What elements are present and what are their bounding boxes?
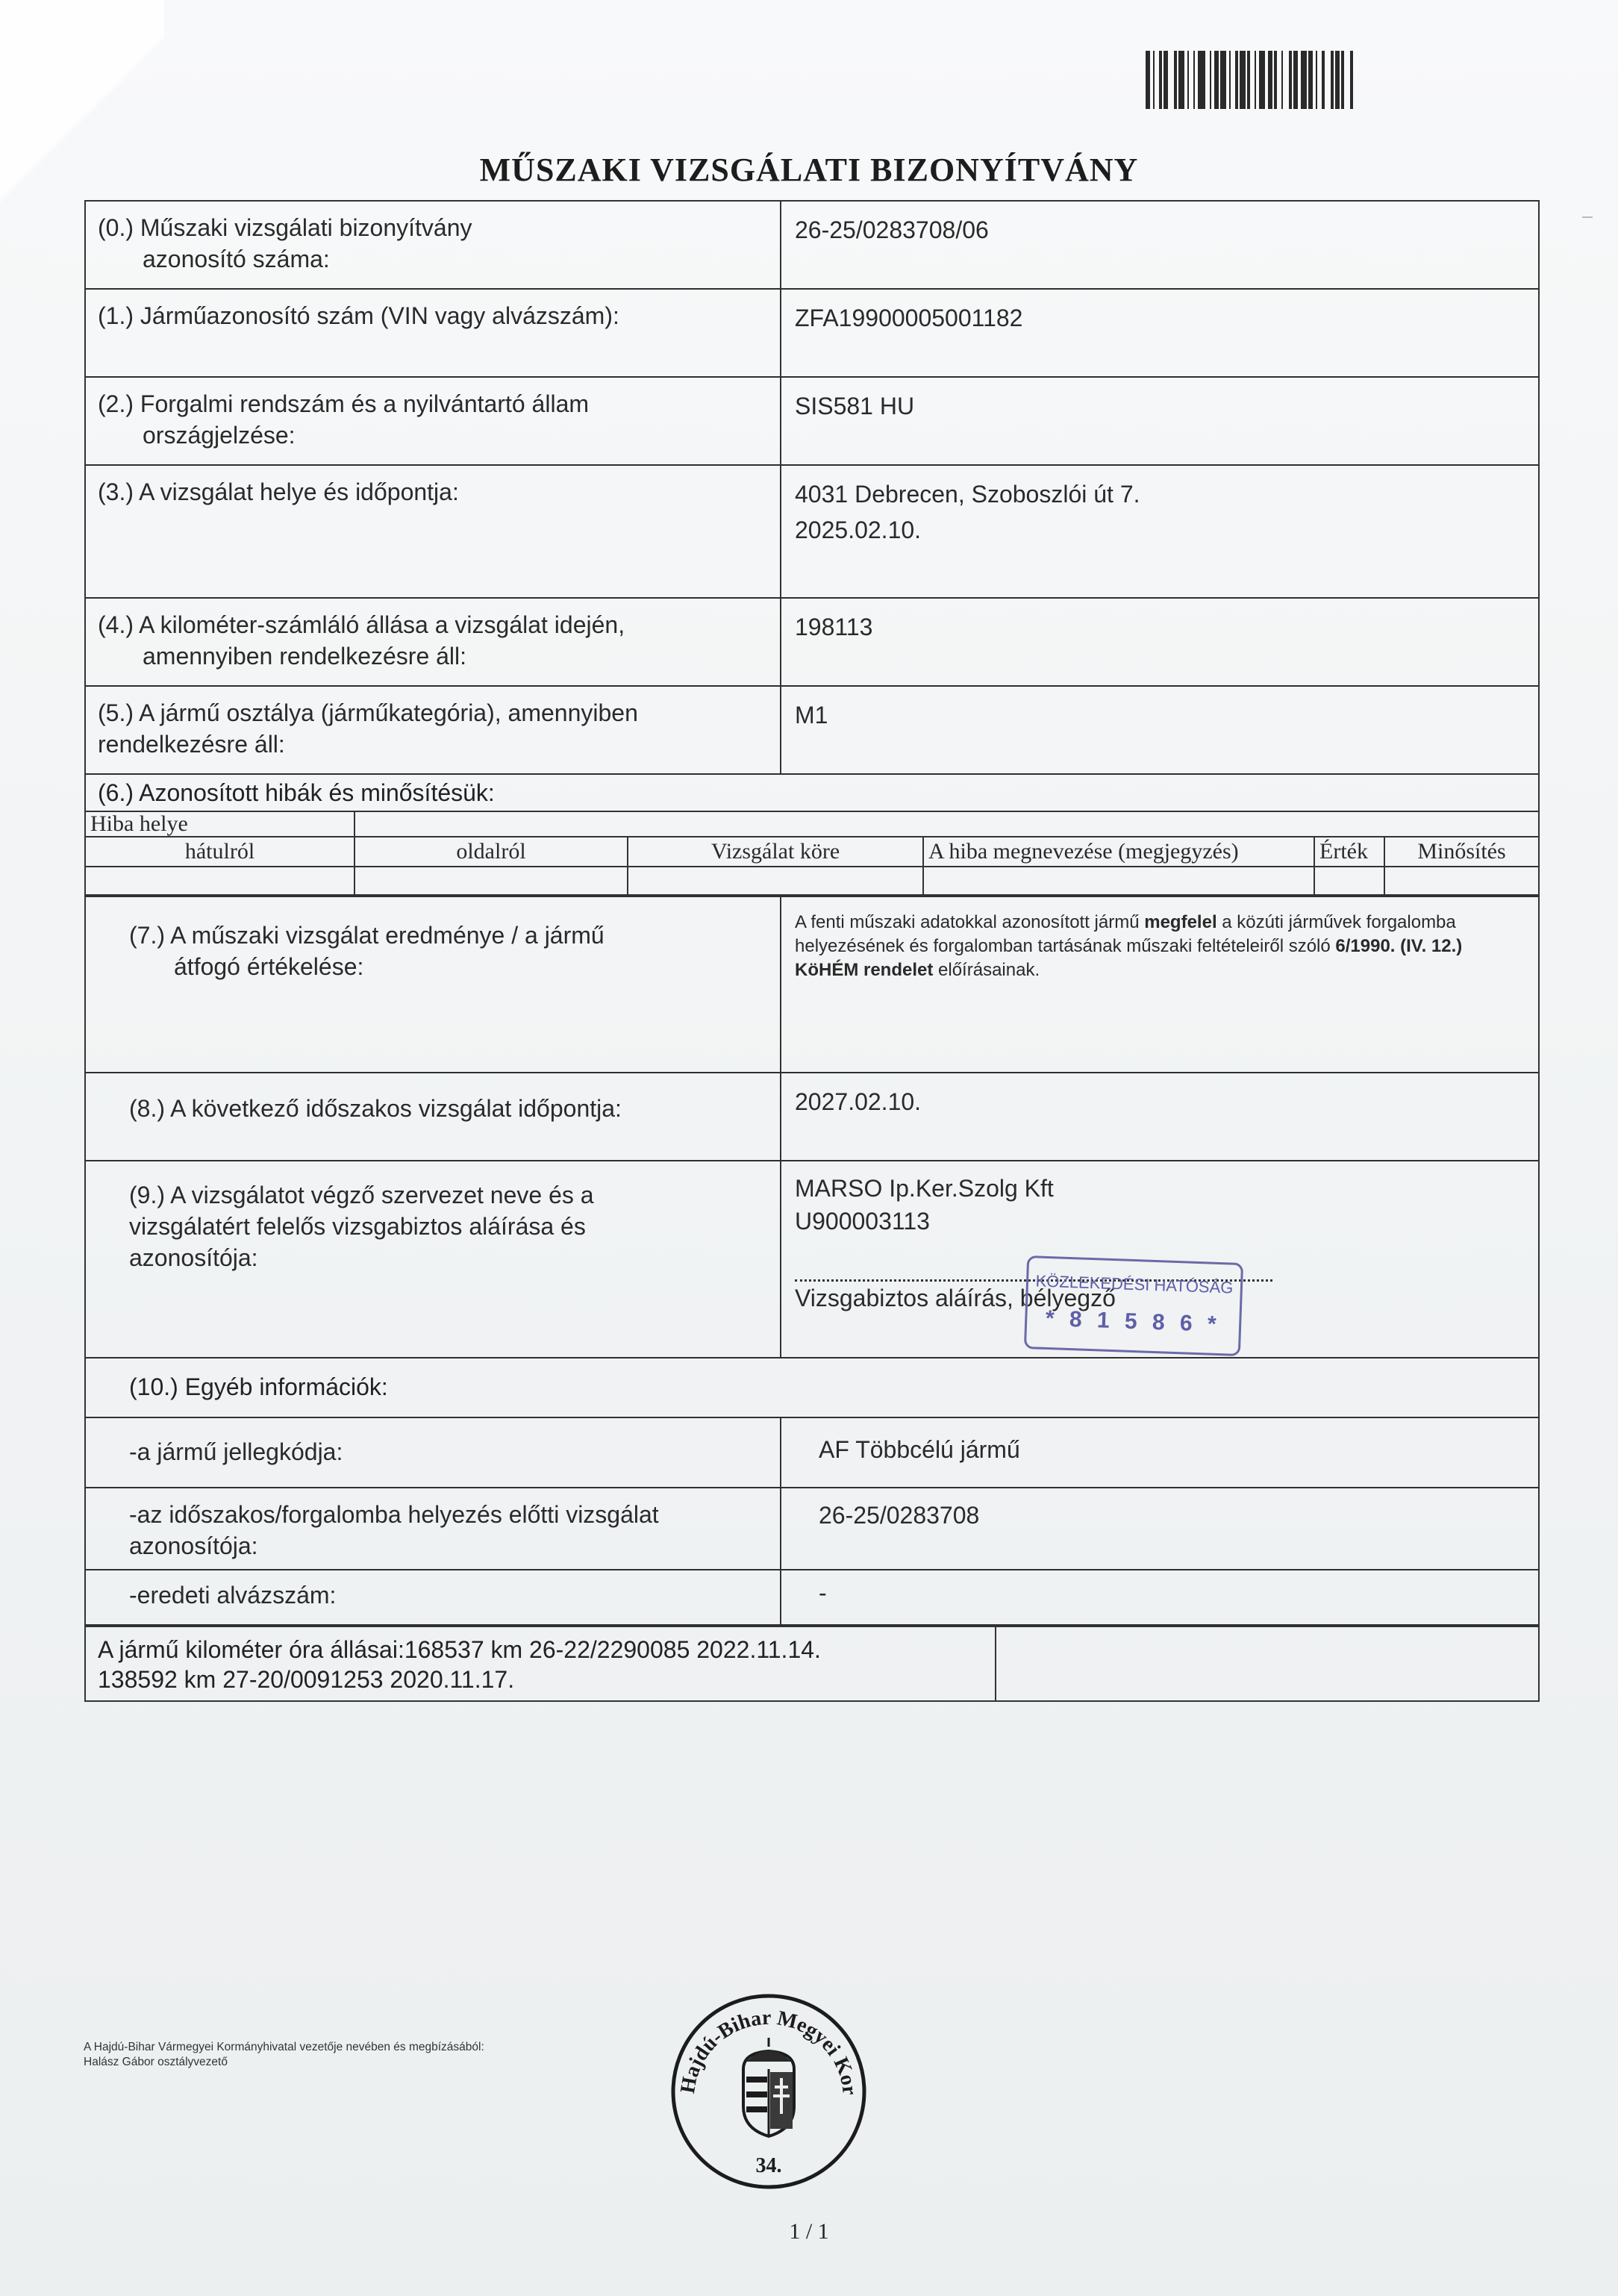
inspection-place: 4031 Debrecen, Szoboszlói út 7.: [795, 481, 1140, 508]
label-line: -az időszakos/forgalomba helyezés előtti…: [129, 1501, 659, 1528]
field-label: (4.) A kilométer-számláló állása a vizsg…: [86, 599, 781, 685]
barcode-bar: [1240, 51, 1246, 109]
odometer-history-row: A jármű kilométer óra állásai:168537 km …: [86, 1626, 1538, 1700]
defects-label: (6.) Azonosított hibák és minősítésük:: [86, 775, 1538, 812]
field-label: (1.) Járműazonosító szám (VIN vagy alváz…: [86, 290, 781, 376]
official-seal: Hajdú-Bihar Megyei Kormányhivatal 34.: [664, 1987, 873, 2196]
certificate-form: (0.) Műszaki vizsgálati bizonyítvány azo…: [84, 200, 1540, 1702]
other-info-item-label: -a jármű jellegkódja:: [86, 1418, 781, 1487]
authority-stamp: KÖZLEKEDÉSI HATÓSÁG * 8 1 5 8 6 *: [1024, 1255, 1243, 1356]
other-info-label: (10.) Egyéb információk:: [86, 1358, 1538, 1417]
field-label: (0.) Műszaki vizsgálati bizonyítvány azo…: [86, 202, 781, 288]
vin-value: ZFA19900005001182: [781, 290, 1538, 376]
prior-inspection-id-value: 26-25/0283708: [781, 1488, 1538, 1569]
label-line: (0.) Műszaki vizsgálati bizonyítvány: [98, 214, 472, 241]
other-info-row-0: -a jármű jellegkódja: AF Többcélú jármű: [86, 1418, 1538, 1488]
cell: [86, 867, 354, 895]
label-line: (5.) A jármű osztálya (járműkategória), …: [98, 699, 638, 726]
cell: [923, 867, 1314, 895]
field-row-10: (10.) Egyéb információk:: [86, 1358, 1538, 1418]
label-line: (2.) Forgalmi rendszám és a nyilvántartó…: [98, 390, 589, 417]
result-text-part: előírásainak.: [933, 960, 1040, 980]
barcode-bar: [1283, 51, 1289, 109]
inspection-place-date: 4031 Debrecen, Szoboszlói út 7. 2025.02.…: [781, 466, 1538, 597]
defects-empty-row: [86, 867, 1538, 895]
authority-footer: A Hajdú-Bihar Vármegyei Kormányhivatal v…: [84, 2040, 484, 2070]
odometer-history-line: A jármű kilométer óra állásai:168537 km …: [98, 1636, 821, 1663]
barcode-bar: [1220, 51, 1226, 109]
label-line: (7.) A műszaki vizsgálat eredménye / a j…: [129, 922, 605, 949]
defects-section: (6.) Azonosított hibák és minősítésük: H…: [86, 775, 1538, 897]
stamp-authority-text: KÖZLEKEDÉSI HATÓSÁG: [1028, 1271, 1241, 1298]
field-row-3: (3.) A vizsgálat helye és időpontja: 403…: [86, 466, 1538, 599]
label-line: amennyiben rendelkezésre áll:: [98, 640, 768, 672]
label-line: azonosító száma:: [98, 243, 768, 275]
field-label: (5.) A jármű osztálya (járműkategória), …: [86, 687, 781, 773]
label-line: vizsgálatért felelős vizsgabiztos aláírá…: [129, 1213, 586, 1240]
field-row-2: (2.) Forgalmi rendszám és a nyilvántartó…: [86, 378, 1538, 466]
authority-signatory: Halász Gábor osztályvezető: [84, 2056, 228, 2068]
other-info-item-label: -eredeti alvázszám:: [86, 1570, 781, 1624]
label-line: országjelzése:: [98, 419, 768, 451]
plate-value: SIS581 HU: [781, 378, 1538, 464]
field-row-7: (7.) A műszaki vizsgálat eredménye / a j…: [86, 897, 1538, 1073]
other-info-item-label: -az időszakos/forgalomba helyezés előtti…: [86, 1488, 781, 1569]
empty-cell: [354, 812, 1538, 837]
vehicle-type-code-value: AF Többcélú jármű: [781, 1418, 1538, 1487]
odometer-history: A jármű kilométer óra állásai:168537 km …: [86, 1627, 996, 1700]
barcode-bar: [1198, 51, 1205, 109]
document-title: MŰSZAKI VIZSGÁLATI BIZONYÍTVÁNY: [0, 151, 1618, 189]
defects-group-header-row: Hiba helye: [86, 812, 1538, 837]
cell: [628, 867, 923, 895]
col-header-defect-name: A hiba megnevezése (megjegyzés): [923, 837, 1314, 867]
label-line: átfogó értékelése:: [129, 951, 768, 982]
result-text-part: A fenti műszaki adatokkal azonosított já…: [795, 912, 1144, 932]
original-chassis-value: -: [781, 1570, 1538, 1624]
next-inspection-value: 2027.02.10.: [781, 1073, 1538, 1160]
next-inspection-label: (8.) A következő időszakos vizsgálat idő…: [86, 1073, 781, 1160]
certificate-id-value: 26-25/0283708/06: [781, 202, 1538, 288]
field-label: (3.) A vizsgálat helye és időpontja:: [86, 466, 781, 597]
col-header-value: Érték: [1314, 837, 1384, 867]
stamp-number: * 8 1 5 8 6 *: [1027, 1305, 1240, 1338]
barcode-bar: [1301, 51, 1307, 109]
vehicle-category-value: M1: [781, 687, 1538, 773]
cell: [1314, 867, 1384, 895]
group-header-cell: Hiba helye: [86, 812, 354, 837]
barcode: [1146, 51, 1522, 109]
cell: [354, 867, 628, 895]
barcode-bar: [1344, 51, 1350, 109]
field-row-1: (1.) Járműazonosító szám (VIN vagy alváz…: [86, 290, 1538, 378]
label-line: (4.) A kilométer-számláló állása a vizsg…: [98, 611, 625, 638]
cell: [1384, 867, 1538, 895]
label-line: azonosítója:: [129, 1532, 258, 1559]
field-row-5: (5.) A jármű osztálya (járműkategória), …: [86, 687, 1538, 775]
defects-header-row: hátulról oldalról Vizsgálat köre A hiba …: [86, 837, 1538, 867]
col-header-rear: hátulról: [86, 837, 354, 867]
other-info-row-1: -az időszakos/forgalomba helyezés előtti…: [86, 1488, 1538, 1570]
result-label: (7.) A műszaki vizsgálat eredménye / a j…: [86, 897, 781, 1072]
label-line: (9.) A vizsgálatot végző szervezet neve …: [129, 1182, 594, 1208]
inspection-date: 2025.02.10.: [795, 517, 921, 543]
organization-id: U900003113: [795, 1208, 930, 1235]
other-info-row-2: -eredeti alvázszám: -: [86, 1570, 1538, 1626]
field-row-8: (8.) A következő időszakos vizsgálat idő…: [86, 1073, 1538, 1161]
page-number: 1 / 1: [0, 2219, 1618, 2244]
field-row-9: (9.) A vizsgálatot végző szervezet neve …: [86, 1161, 1538, 1358]
authority-line: A Hajdú-Bihar Vármegyei Kormányhivatal v…: [84, 2041, 484, 2053]
svg-text:34.: 34.: [756, 2154, 782, 2177]
col-header-side: oldalról: [354, 837, 628, 867]
scan-mark: [1582, 216, 1593, 218]
inspector-label: (9.) A vizsgálatot végző szervezet neve …: [86, 1161, 781, 1357]
col-header-rating: Minősítés: [1384, 837, 1538, 867]
col-header-scope: Vizsgálat köre: [628, 837, 923, 867]
barcode-bar: [1325, 51, 1331, 109]
defects-table: Hiba helye hátulról oldalról Vizsgálat k…: [86, 812, 1538, 896]
barcode-bar: [1259, 51, 1265, 109]
field-row-4: (4.) A kilométer-számláló állása a vizsg…: [86, 599, 1538, 687]
coat-of-arms-seal-icon: Hajdú-Bihar Megyei Kormányhivatal 34.: [664, 1987, 873, 2196]
field-row-0: (0.) Műszaki vizsgálati bizonyítvány azo…: [86, 202, 1538, 290]
result-text: A fenti műszaki adatokkal azonosított já…: [781, 897, 1538, 1072]
odometer-value: 198113: [781, 599, 1538, 685]
result-verdict: megfelel: [1144, 912, 1216, 932]
label-line: azonosítója:: [129, 1244, 258, 1271]
organization-name: MARSO Ip.Ker.Szolg Kft: [795, 1175, 1054, 1202]
barcode-bar: [1353, 51, 1358, 109]
label-line: rendelkezésre áll:: [98, 731, 285, 758]
barcode-bar: [1168, 51, 1174, 109]
barcode-bar: [1178, 51, 1184, 109]
field-label: (2.) Forgalmi rendszám és a nyilvántartó…: [86, 378, 781, 464]
odometer-history-line: 138592 km 27-20/0091253 2020.11.17.: [98, 1666, 514, 1693]
